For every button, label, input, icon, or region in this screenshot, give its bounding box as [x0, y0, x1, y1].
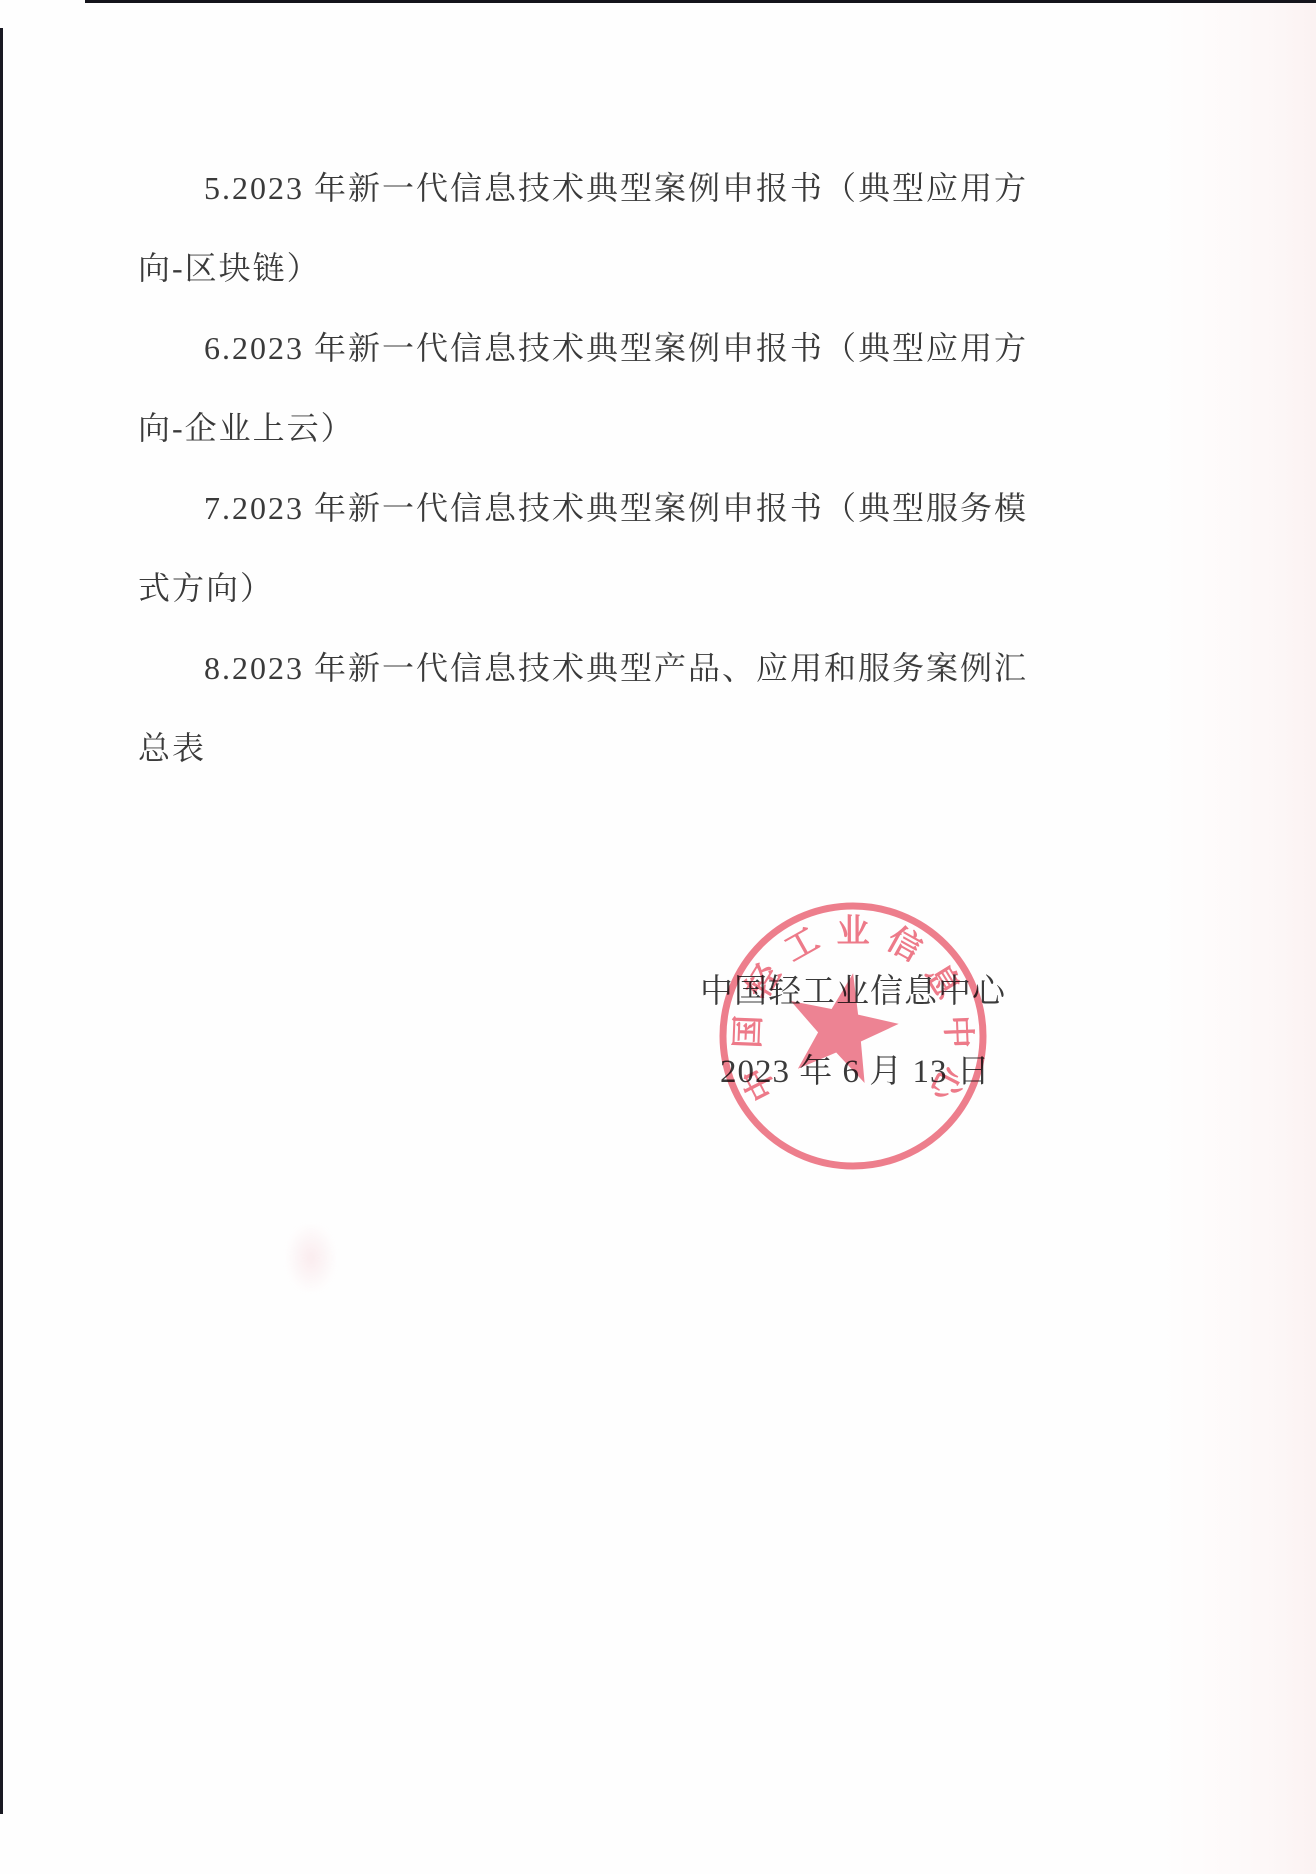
attachment-8-line-2: 总表 — [138, 708, 998, 788]
svg-text:信: 信 — [881, 920, 928, 969]
scan-edge-artifact-top — [85, 0, 1316, 3]
attachment-5-line-2: 向-区块链） — [138, 228, 998, 308]
signature-date: 2023 年 6 月 13 日 — [720, 1045, 991, 1092]
svg-text:国: 国 — [729, 1015, 767, 1049]
attachment-7-line-2: 式方向） — [138, 548, 998, 628]
signature-organization: 中国轻工业信息中心 — [700, 965, 1006, 1012]
document-page: 5.2023 年新一代信息技术典型案例申报书（典型应用方 向-区块链） 6.20… — [0, 0, 1316, 1874]
attachment-7-line-1: 7.2023 年新一代信息技术典型案例申报书（典型服务模 — [138, 468, 998, 548]
scan-edge-artifact-left — [0, 28, 3, 1814]
attachment-list: 5.2023 年新一代信息技术典型案例申报书（典型应用方 向-区块链） 6.20… — [138, 148, 998, 788]
svg-text:中: 中 — [938, 1015, 976, 1049]
svg-text:业: 业 — [837, 914, 870, 950]
scan-smudge — [285, 1222, 337, 1294]
attachment-6-line-2: 向-企业上云） — [138, 388, 998, 468]
svg-text:工: 工 — [779, 922, 825, 970]
attachment-5-line-1: 5.2023 年新一代信息技术典型案例申报书（典型应用方 — [138, 148, 998, 228]
attachment-8-line-1: 8.2023 年新一代信息技术典型产品、应用和服务案例汇 — [138, 628, 998, 708]
attachment-6-line-1: 6.2023 年新一代信息技术典型案例申报书（典型应用方 — [138, 308, 998, 388]
stamp-ring — [723, 906, 983, 1166]
official-seal-stamp: 中国轻工业信息中心 — [713, 896, 993, 1176]
